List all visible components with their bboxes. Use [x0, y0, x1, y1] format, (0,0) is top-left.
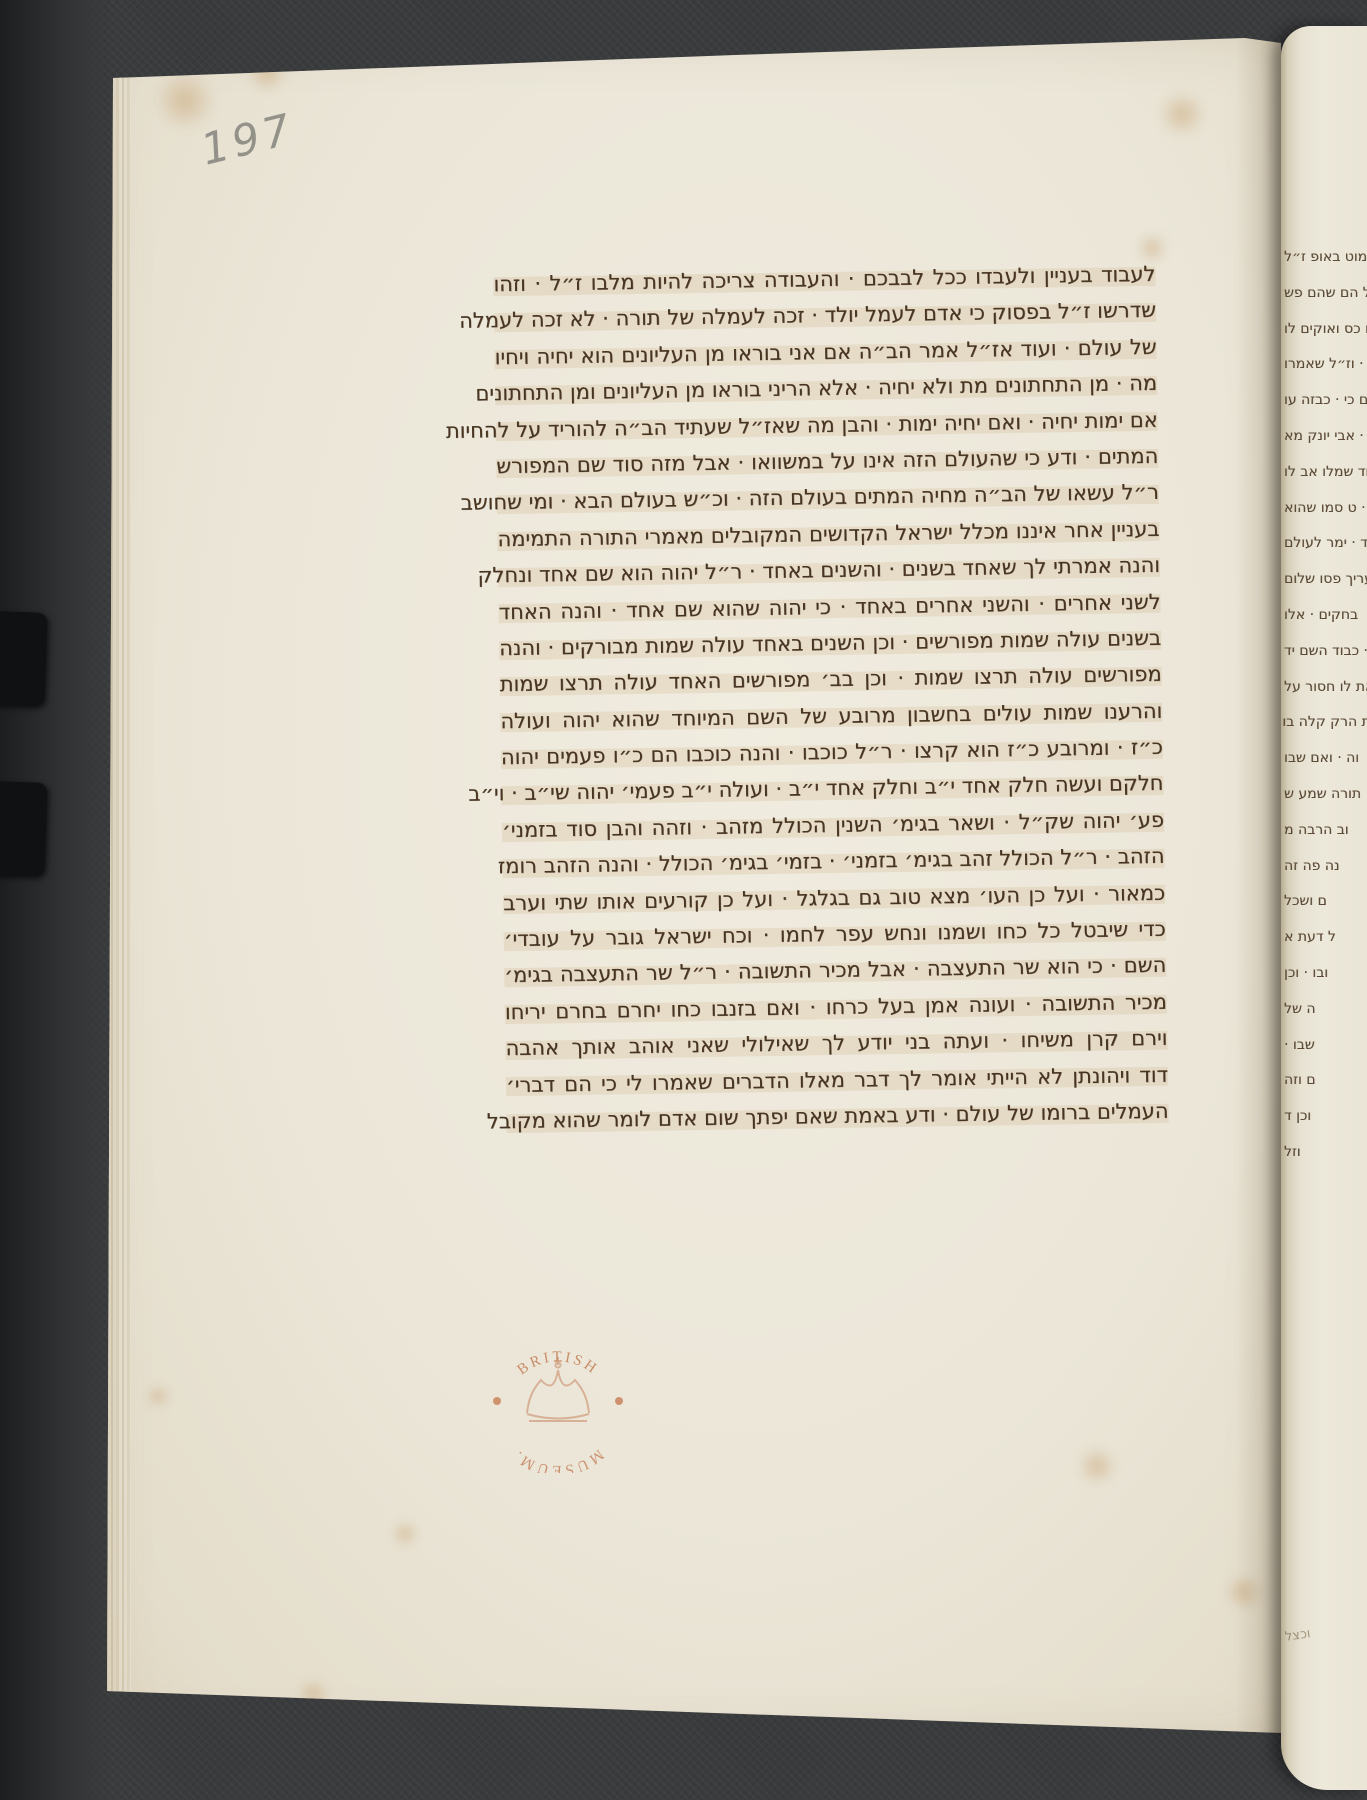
manuscript-line: אם ימות יחיה · ואם יחיה ימות · והבן מה ש…	[495, 401, 1157, 448]
adjacent-line-fragment: נה פה זה	[1284, 849, 1367, 885]
adjacent-page-text: שאמוט באופ ז״לכולל הם שהם פשה שהו כס ואו…	[1284, 240, 1367, 1171]
photo-background: 197 לעבוד בעניין ולעבדו ככל לבבכם · והעב…	[0, 0, 1367, 1800]
british-museum-stamp: BRITISH MUSEUM.	[483, 1323, 633, 1473]
folio-number: 197	[196, 104, 299, 175]
binding-clamp-top	[0, 611, 48, 707]
manuscript-line: לעבוד בעניין ולעבדו ככל לבבכם · והעבודה …	[493, 256, 1155, 303]
foxing-spot	[245, 55, 289, 91]
manuscript-line: בעניין אחר איננו מכלל ישראל הקדושים המקו…	[497, 511, 1159, 558]
foxing-spot	[295, 1681, 331, 1707]
manuscript-page: 197 לעבוד בעניין ולעבדו ככל לבבכם · והעב…	[95, 33, 1283, 1745]
foxing-spot	[390, 1521, 420, 1547]
book-spine	[0, 0, 110, 1800]
foxing-spot	[1135, 233, 1169, 263]
manuscript-line: מפורשים עולה תרצו שמות · וכן בב׳ מפורשים…	[499, 656, 1161, 703]
manuscript-line: כמאור · ועל כן העו׳ מצא טוב גם בגלגל · ו…	[503, 874, 1165, 921]
svg-text:BRITISH: BRITISH	[515, 1349, 602, 1378]
adjacent-line-fragment: ו · זכות הרק קלה בו	[1284, 705, 1367, 741]
manuscript-line: כ״ז · ומרובע כ״ז הוא קרצו · ר״ל כוכבו · …	[501, 729, 1163, 776]
svg-text:MUSEUM.: MUSEUM.	[509, 1446, 606, 1473]
foxing-spot	[150, 73, 220, 128]
adjacent-line-fragment: ל דעת א	[1284, 920, 1367, 956]
foxing-spot	[1155, 93, 1209, 135]
adjacent-line-fragment: שאמוט באופ ז״ל	[1284, 240, 1367, 276]
adjacent-line-fragment: כולל הם שהם פש	[1284, 276, 1367, 312]
crown-icon	[527, 1357, 589, 1421]
edge-scribble: וכצל	[1284, 1626, 1311, 1644]
adjacent-line-fragment: ם ושכל	[1284, 884, 1367, 920]
manuscript-line: השם · כי הוא שר התעצבה · אבל מכיר התשובה…	[504, 947, 1166, 994]
foxing-spot	[1075, 1448, 1119, 1484]
foxing-spot	[1223, 1575, 1265, 1609]
manuscript-line: הזהב · ר״ל הכולל זהב בגימ׳ בזמני׳ · בזמי…	[502, 838, 1164, 885]
adjacent-line-fragment: בחקים · אלו	[1284, 598, 1367, 634]
adjacent-line-fragment: וזל	[1284, 1135, 1367, 1171]
foxing-spot	[145, 1385, 171, 1407]
manuscript-line: והנה אמרתי לך שאחד בשנים · והשנים באחד ·…	[498, 547, 1160, 594]
manuscript-line: חלקם ועשה חלק אחד י״ב וחלק אחד י״ב · ועו…	[501, 765, 1163, 812]
stamp-top-text: BRITISH	[515, 1349, 602, 1378]
adjacent-line-fragment: עריך פסו שלום	[1284, 562, 1367, 598]
adjacent-line-fragment: לבד · ימר לעולם	[1284, 526, 1367, 562]
adjacent-line-fragment: תורה שמע ש	[1284, 777, 1367, 813]
adjacent-line-fragment: שבו ·	[1284, 1028, 1367, 1064]
adjacent-line-fragment: וכן ד	[1284, 1099, 1367, 1135]
manuscript-line: כדי שיבטל כל כחו ושמנו ונחש עפר לחמו · ו…	[503, 911, 1165, 958]
adjacent-line-fragment: וב הרבה מ	[1284, 813, 1367, 849]
adjacent-line-fragment: בבנים · וז״ל שאמרו	[1284, 347, 1367, 383]
adjacent-line-fragment: ויוד שמלו אב לו	[1284, 455, 1367, 491]
adjacent-line-fragment: עולם כי · כבזה עו	[1284, 383, 1367, 419]
adjacent-line-fragment: וה · ואם שבו	[1284, 741, 1367, 777]
manuscript-line: המתים · ודע כי שהעולם הזה אינו על במשווא…	[496, 438, 1158, 485]
manuscript-line: ר״ל עשאו של הב״ה מחיה המתים בעולם הזה · …	[497, 474, 1159, 521]
adjacent-line-fragment: ה של	[1284, 992, 1367, 1028]
text-block: לעבוד בעניין ולעבדו ככל לבבכם · והעבודה …	[493, 256, 1169, 1140]
manuscript-line: והרענו שמות עולים בחשבון מרובע של השם המ…	[500, 692, 1162, 739]
manuscript-line: וירם קרן משיחו · ועתה בני יודע לך שאילול…	[505, 1020, 1167, 1067]
adjacent-line-fragment: ב · ט סמו שהוא	[1284, 491, 1367, 527]
manuscript-line: מכיר התשובה · ועונה אמן בעל כרחו · ואם ב…	[505, 984, 1167, 1031]
adjacent-line-fragment: ד · כבוד השם יד	[1284, 634, 1367, 670]
stamp-right-dot	[615, 1397, 623, 1405]
manuscript-line: בשנים עולה שמות מפורשים · וכן השנים באחד…	[499, 620, 1161, 667]
manuscript-line: מה · מן התחתונים מת ולא יחיה · אלא הריני…	[495, 365, 1157, 412]
manuscript-line: העמלים ברומו של עולם · ודע באמת שאם יפתך…	[506, 1093, 1168, 1140]
manuscript-line: לשני אחרים · והשני אחרים באחד · כי יהוה …	[498, 583, 1160, 630]
manuscript-line: של עולם · ועוד אז״ל אמר הב״ה אם אני בורא…	[494, 329, 1156, 376]
stamp-left-dot	[493, 1397, 501, 1405]
adjacent-line-fragment: ובו · וכן	[1284, 956, 1367, 992]
manuscript-line: שדרשו ז״ל בפסוק כי אדם לעמל יולד · זכה ל…	[494, 292, 1156, 339]
adjacent-line-fragment: ם וזה	[1284, 1063, 1367, 1099]
binding-clamp-bottom	[0, 781, 48, 877]
adjacent-line-fragment: אם · אבי יונק מא	[1284, 419, 1367, 455]
manuscript-line: פע׳ יהוה שק״ל · ושאר בגימ׳ השנין הכולל מ…	[502, 802, 1164, 849]
stamp-bottom-text: MUSEUM.	[509, 1446, 606, 1473]
manuscript-line: דוד ויהונתן לא הייתי אומר לך דבר מאלו הד…	[506, 1056, 1168, 1103]
adjacent-page-edge: שאמוט באופ ז״לכולל הם שהם פשה שהו כס ואו…	[1281, 26, 1367, 1790]
adjacent-line-fragment: ה שהו כס ואוקים לו	[1284, 312, 1367, 348]
adjacent-line-fragment: ז · ואת לו חסור על	[1284, 670, 1367, 706]
